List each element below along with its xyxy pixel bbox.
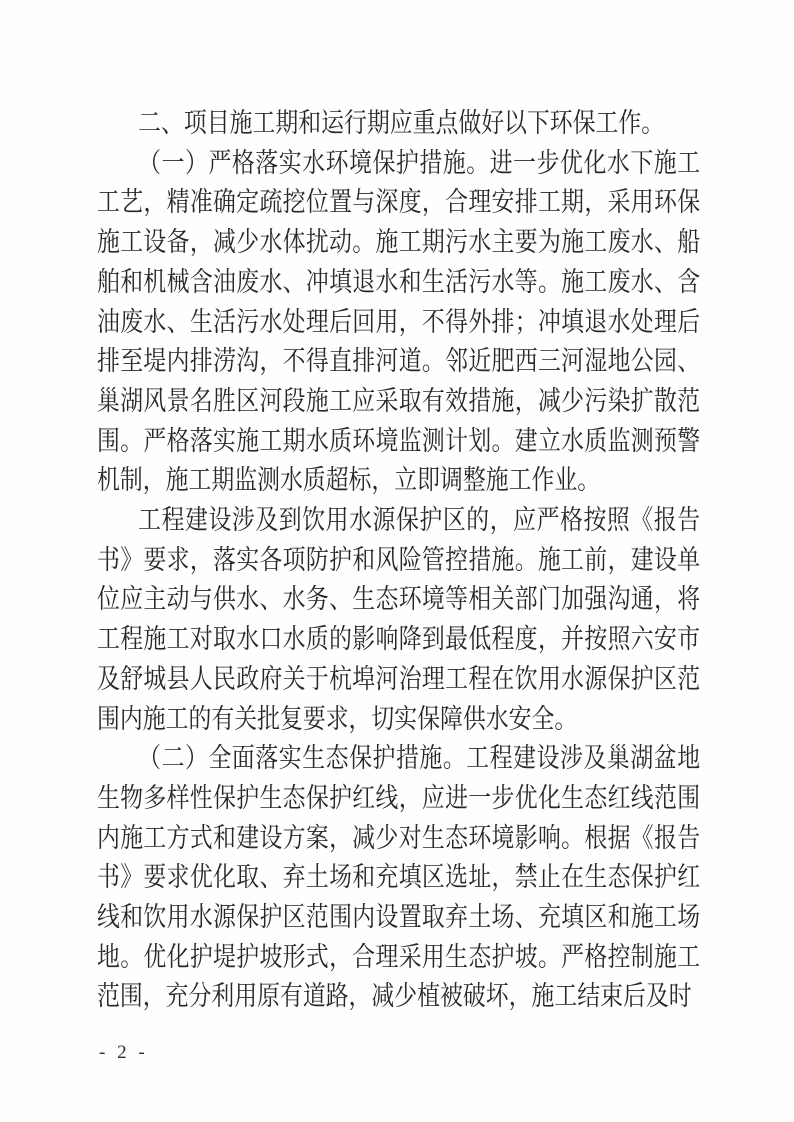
document-body: 二、项目施工期和运行期应重点做好以下环保工作。 （一）严格落实水环境保护措施。进…: [97, 104, 700, 1017]
paragraph-water-environment: （一）严格落实水环境保护措施。进一步优化水下施工工艺，精准确定疏挖位置与深度，合…: [97, 144, 700, 501]
page-number: - 2 -: [99, 1042, 146, 1064]
document-page: 二、项目施工期和运行期应重点做好以下环保工作。 （一）严格落实水环境保护措施。进…: [0, 0, 794, 1122]
section-heading: 二、项目施工期和运行期应重点做好以下环保工作。: [97, 104, 700, 144]
paragraph-ecological-protection: （二）全面落实生态保护措施。工程建设涉及巢湖盆地生物多样性保护生态保护红线，应进…: [97, 739, 700, 1017]
paragraph-drinking-water-source: 工程建设涉及到饮用水源保护区的，应严格按照《报告书》要求，落实各项防护和风险管控…: [97, 501, 700, 739]
